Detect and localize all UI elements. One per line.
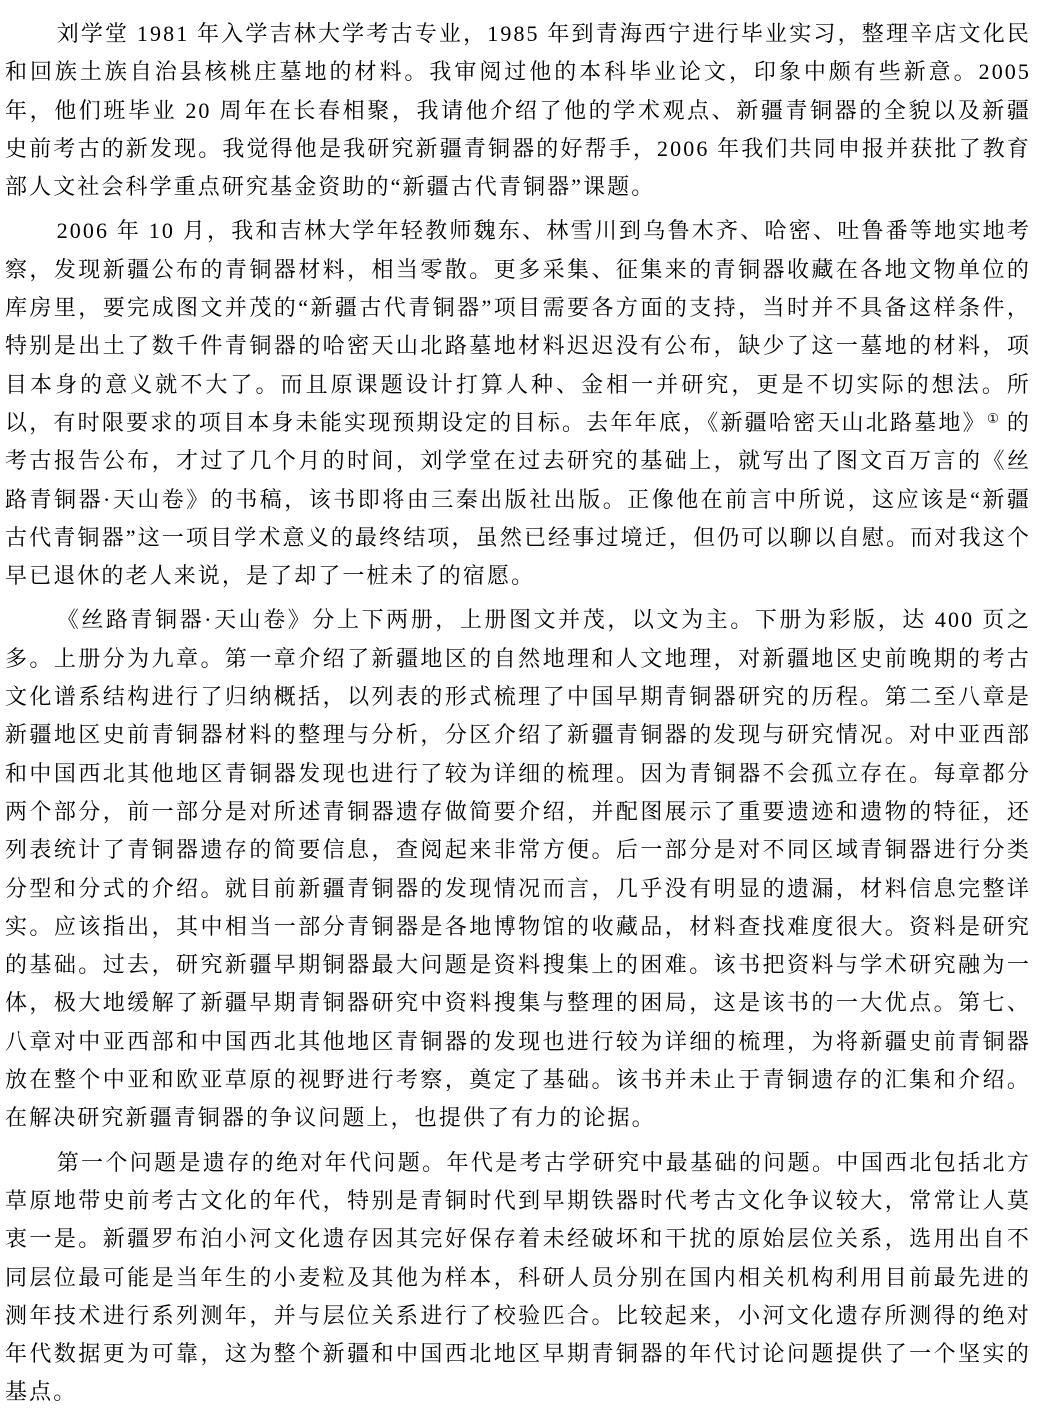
paragraph-4: 第一个问题是遗存的绝对年代问题。年代是考古学研究中最基础的问题。中国西北包括北方… [5, 1144, 1031, 1412]
paragraph-1: 刘学堂 1981 年入学吉林大学考古专业，1985 年到青海西宁进行毕业实习，整… [5, 15, 1031, 206]
paragraph-3: 《丝路青铜器·天山卷》分上下两册，上册图文并茂，以文为主。下册为彩版，达 400… [5, 601, 1031, 1137]
footnote-reference-marker: ① [987, 411, 999, 426]
paragraph-2-text-after-footnote: 的考古报告公布，才过了几个月的时间，刘学堂在过去研究的基础上，就写出了图文百万言… [5, 410, 1031, 588]
paragraph-2-text-before-footnote: 2006 年 10 月，我和吉林大学年轻教师魏东、林雪川到乌鲁木齐、哈密、吐鲁番… [5, 218, 1031, 434]
document-page: 刘学堂 1981 年入学吉林大学考古专业，1985 年到青海西宁进行毕业实习，整… [0, 0, 1040, 1422]
paragraph-2: 2006 年 10 月，我和吉林大学年轻教师魏东、林雪川到乌鲁木齐、哈密、吐鲁番… [5, 212, 1031, 595]
